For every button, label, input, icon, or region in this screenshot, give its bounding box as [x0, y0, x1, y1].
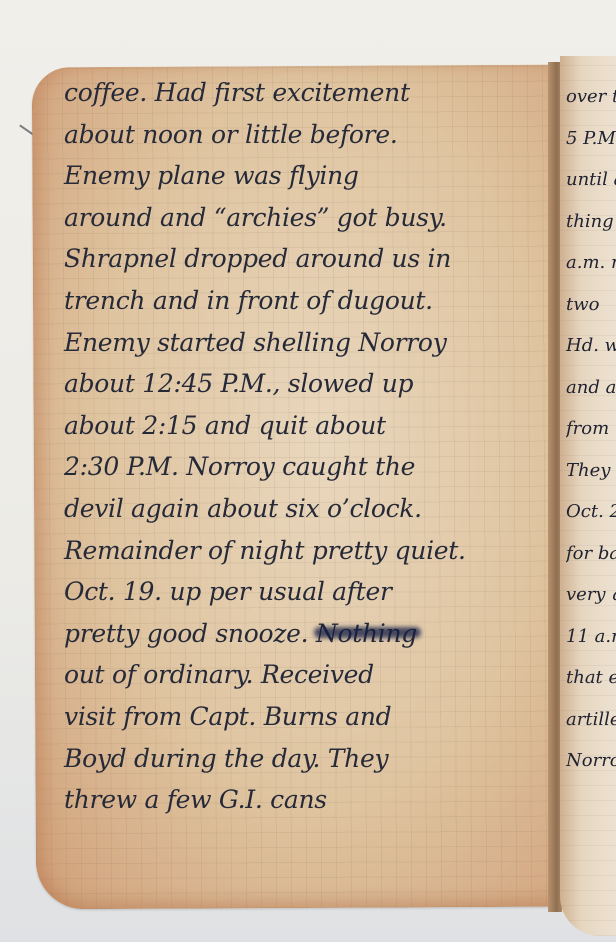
diary-line-partial: artillery	[566, 699, 616, 741]
left-page-text: coffee. Had first excitement about noon …	[64, 72, 554, 821]
diary-line: Boyd during the day. They	[64, 738, 554, 780]
notebook-photo: coffee. Had first excitement about noon …	[0, 0, 616, 942]
diary-line: trench and in front of dugout.	[64, 280, 554, 322]
diary-line-partial: that eve	[566, 657, 616, 699]
diary-line-partial: 11 a.m. to	[566, 616, 616, 658]
diary-line: coffee. Had first excitement	[64, 72, 554, 114]
diary-line: Enemy started shelling Norroy	[64, 322, 554, 364]
diary-line-partial: over to	[566, 76, 616, 118]
diary-line-partial: a.m. res	[566, 242, 616, 284]
diary-line: visit from Capt. Burns and	[64, 696, 554, 738]
diary-line: Enemy plane was flying	[64, 155, 554, 197]
diary-line: 2:30 P.M. Norroy caught the	[64, 446, 554, 488]
diary-line-partial: from	[566, 408, 616, 450]
right-page-text: over to 5 P.M. until a thing re a.m. res…	[566, 76, 616, 782]
diary-line: about 12:45 P.M., slowed up	[64, 363, 554, 405]
diary-line: about noon or little before.	[64, 114, 554, 156]
diary-line-partial: They a	[566, 450, 616, 492]
diary-line: around and “archies” got busy.	[64, 197, 554, 239]
diary-line: threw a few G.I. cans	[64, 779, 554, 821]
diary-line-partial: Oct. 20	[566, 491, 616, 533]
diary-line-partial: Norroy	[566, 740, 616, 782]
diary-line-partial: Hd. with	[566, 325, 616, 367]
diary-line-partial: 5 P.M.	[566, 118, 616, 160]
diary-line-partial: until a	[566, 159, 616, 201]
diary-line: Remainder of night pretty quiet.	[64, 530, 554, 572]
diary-line-partial: and a f	[566, 367, 616, 409]
diary-line: Shrapnel dropped around us in	[64, 238, 554, 280]
diary-line-text: pretty good snooze.	[64, 619, 308, 648]
diary-line: about 2:15 and quit about	[64, 405, 554, 447]
diary-line: out of ordinary. Received	[64, 654, 554, 696]
diary-line: Oct. 19. up per usual after	[64, 571, 554, 613]
diary-line: devil again about six o’clock.	[64, 488, 554, 530]
diary-line: pretty good snooze. Nothing	[64, 613, 554, 655]
diary-line-partial: very quie	[566, 574, 616, 616]
diary-line-partial: for back	[566, 533, 616, 575]
diary-line-partial: two	[566, 284, 616, 326]
struck-out-word: Nothing	[316, 619, 417, 648]
diary-line-partial: thing re	[566, 201, 616, 243]
